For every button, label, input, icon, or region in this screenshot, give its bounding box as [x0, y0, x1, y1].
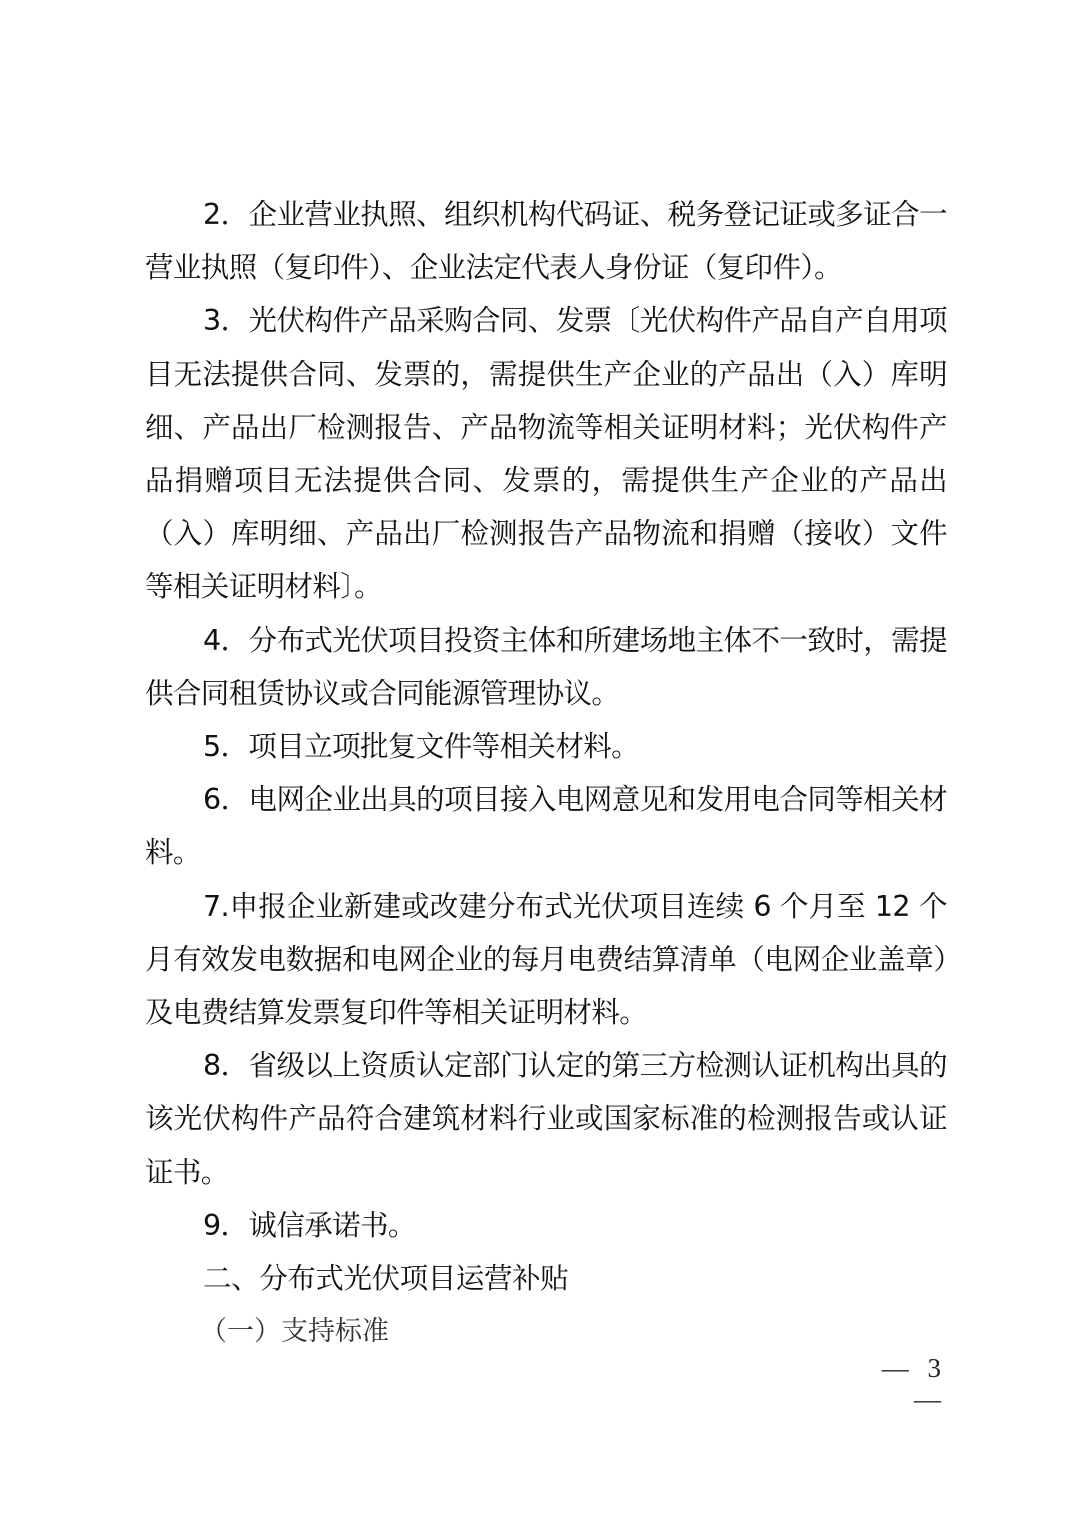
section-heading: 二、分布式光伏项目运营补贴 — [145, 1252, 947, 1305]
list-item-3: 3．光伏构件产品采购合同、发票〔光伏构件产品自产自用项目无法提供合同、发票的，需… — [145, 294, 947, 613]
list-item-4: 4．分布式光伏项目投资主体和所建场地主体不一致时，需提供合同租赁协议或合同能源管… — [145, 614, 947, 720]
list-item-9: 9．诚信承诺书。 — [145, 1199, 947, 1252]
subsection-heading: （一）支持标准 — [145, 1305, 947, 1358]
list-item-7: 7.申报企业新建或改建分布式光伏项目连续 6 个月至 12 个月有效发电数据和电… — [145, 880, 947, 1040]
list-item-2: 2．企业营业执照、组织机构代码证、税务登记证或多证合一营业执照（复印件）、企业法… — [145, 188, 947, 294]
list-item-8: 8．省级以上资质认定部门认定的第三方检测认证机构出具的该光伏构件产品符合建筑材料… — [145, 1039, 947, 1199]
list-item-5: 5．项目立项批复文件等相关材料。 — [145, 720, 947, 773]
document-page: 2．企业营业执照、组织机构代码证、税务登记证或多证合一营业执照（复印件）、企业法… — [145, 188, 947, 1358]
page-number: — 3 — — [855, 1353, 947, 1415]
list-item-6: 6．电网企业出具的项目接入电网意见和发用电合同等相关材料。 — [145, 773, 947, 879]
